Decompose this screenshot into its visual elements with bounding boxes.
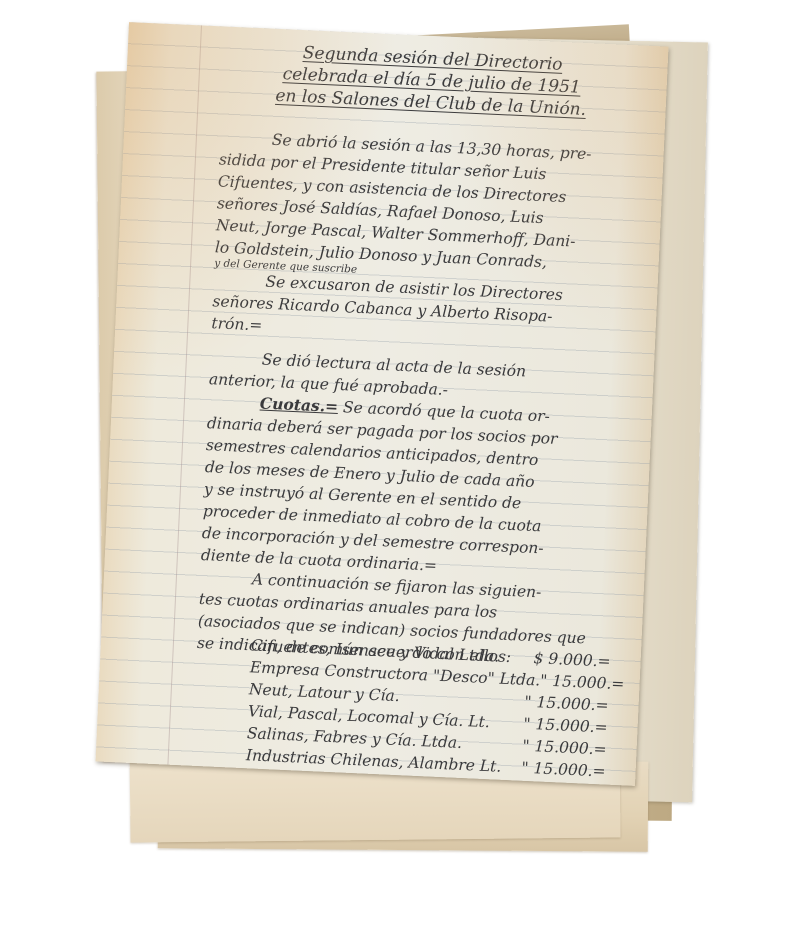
minutes-body: Se abrió la sesión a las 13,30 horas, pr… <box>196 126 650 673</box>
handwritten-minutes-page: Segunda sesión del Directorio celebrada … <box>95 22 668 786</box>
fee-list: Cifuentes, Isensee y Vidal Ltda. $ 9.000… <box>245 634 611 782</box>
minutes-title: Segunda sesión del Directorio celebrada … <box>235 39 628 123</box>
cuotas-heading: Cuotas.= <box>259 393 338 416</box>
fee-amount: " 15.000.= <box>521 757 606 783</box>
handwriting: Segunda sesión del Directorio celebrada … <box>95 22 668 786</box>
